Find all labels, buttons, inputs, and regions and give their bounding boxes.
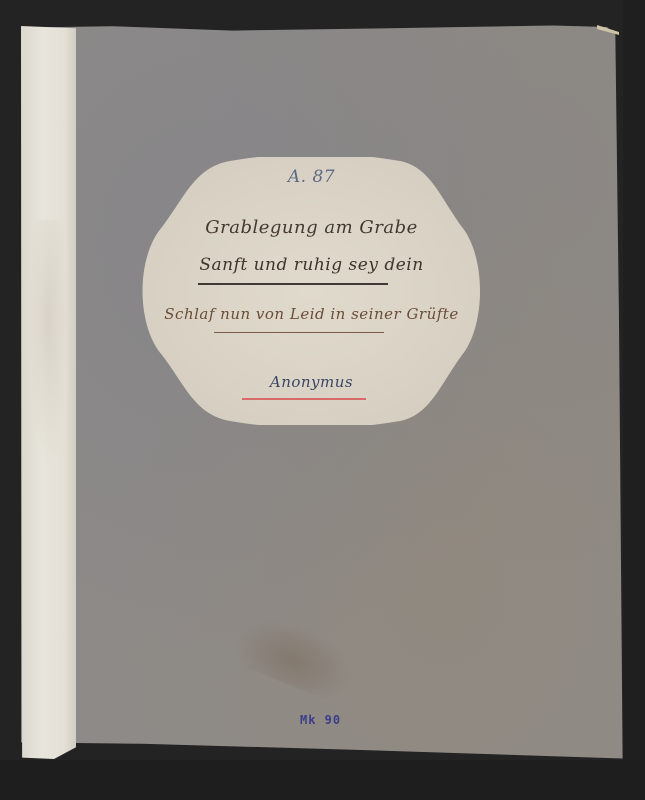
title-line-2: Sanft und ruhig sey dein — [140, 255, 483, 275]
attribution: Anonymus — [140, 373, 483, 391]
title-underline-2 — [214, 332, 384, 333]
title-label: A. 87 Grablegung am Grabe Sanft und ruhi… — [140, 157, 483, 425]
scan-backdrop — [623, 0, 645, 800]
scan-backdrop-bottom — [0, 760, 645, 800]
title-line-1: Grablegung am Grabe — [140, 217, 483, 238]
library-stamp: Mk 90 — [300, 713, 341, 727]
title-line-3: Schlaf nun von Leid in seiner Grüfte — [140, 305, 483, 323]
title-underline — [198, 283, 388, 285]
attribution-red-underline — [242, 398, 366, 400]
spine-stain — [28, 220, 68, 470]
